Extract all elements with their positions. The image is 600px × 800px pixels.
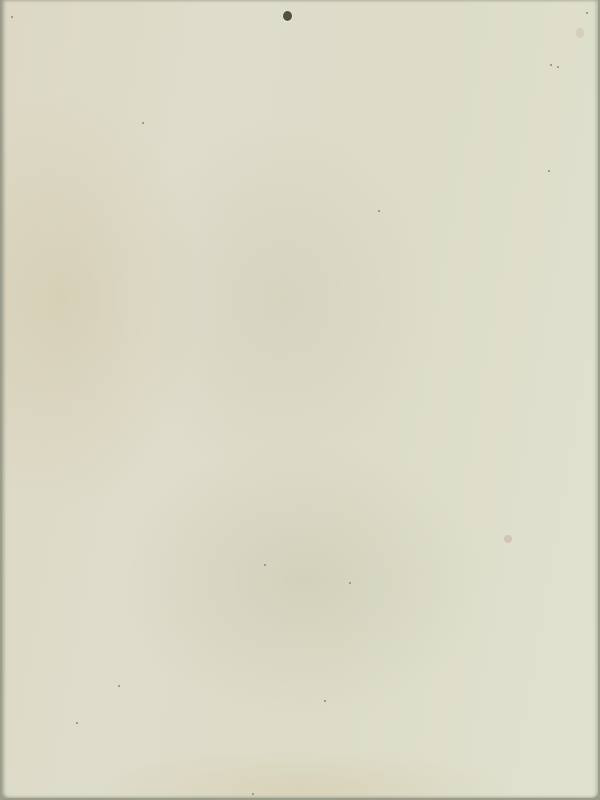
speck — [118, 685, 120, 687]
speck — [550, 64, 552, 66]
punch-hole — [283, 11, 292, 21]
speck — [264, 564, 266, 566]
speck — [349, 582, 351, 584]
speck — [324, 700, 326, 702]
speck — [142, 122, 144, 124]
stain — [576, 28, 584, 38]
speck — [586, 12, 588, 14]
speck — [76, 722, 78, 724]
paper-sheet — [2, 0, 598, 798]
speck — [252, 793, 254, 795]
speck — [378, 210, 380, 212]
stain — [504, 535, 512, 543]
speck — [11, 16, 13, 18]
speck — [548, 170, 550, 172]
speck — [557, 66, 559, 68]
